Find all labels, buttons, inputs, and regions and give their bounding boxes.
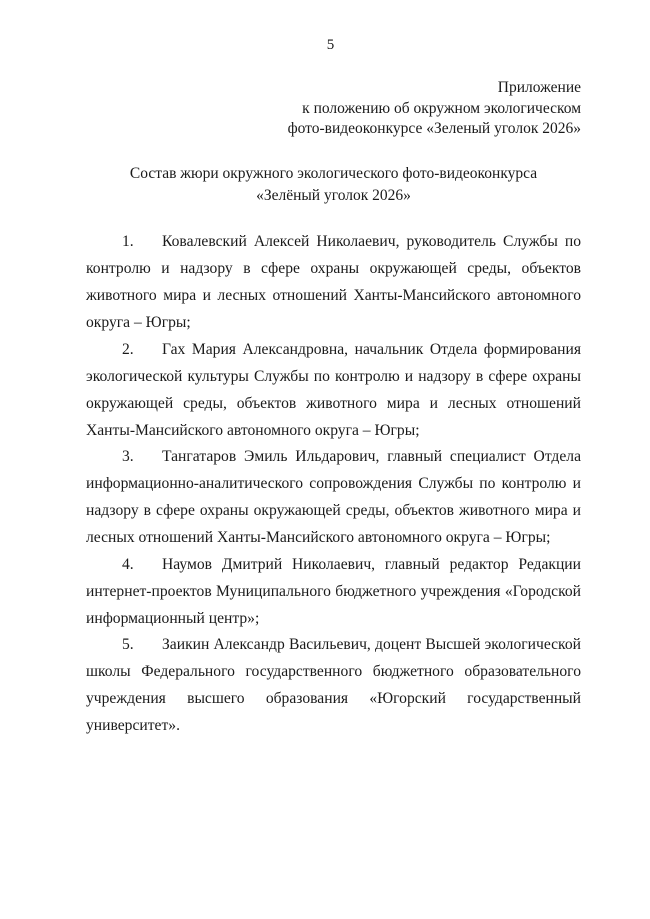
jury-member-item: 5.Заикин Александр Васильевич, доцент Вы… <box>86 631 581 739</box>
jury-members-list: 1.Ковалевский Алексей Николаевич, руково… <box>86 228 581 739</box>
item-number: 2. <box>122 336 162 363</box>
appendix-label: Приложение <box>288 78 581 99</box>
document-page: 5 Приложение к положению об окружном эко… <box>0 0 650 919</box>
document-title: Состав жюри окружного экологического фот… <box>86 163 581 207</box>
page-number: 5 <box>0 36 650 54</box>
item-number: 4. <box>122 551 162 578</box>
jury-member-item: 1.Ковалевский Алексей Николаевич, руково… <box>86 228 581 336</box>
appendix-header: Приложение к положению об окружном эколо… <box>288 78 581 140</box>
jury-member-item: 3.Тангатаров Эмиль Ильдарович, главный с… <box>86 443 581 551</box>
item-number: 5. <box>122 631 162 658</box>
item-number: 1. <box>122 228 162 255</box>
title-line-1: Состав жюри окружного экологического фот… <box>86 163 581 185</box>
title-line-2: «Зелёный уголок 2026» <box>86 185 581 207</box>
jury-member-item: 2.Гах Мария Александровна, начальник Отд… <box>86 336 581 444</box>
appendix-reference-line-1: к положению об окружном экологическом <box>288 99 581 120</box>
jury-member-item: 4.Наумов Дмитрий Николаевич, главный ред… <box>86 551 581 632</box>
item-number: 3. <box>122 443 162 470</box>
appendix-reference-line-2: фото-видеоконкурсе «Зеленый уголок 2026» <box>288 119 581 140</box>
